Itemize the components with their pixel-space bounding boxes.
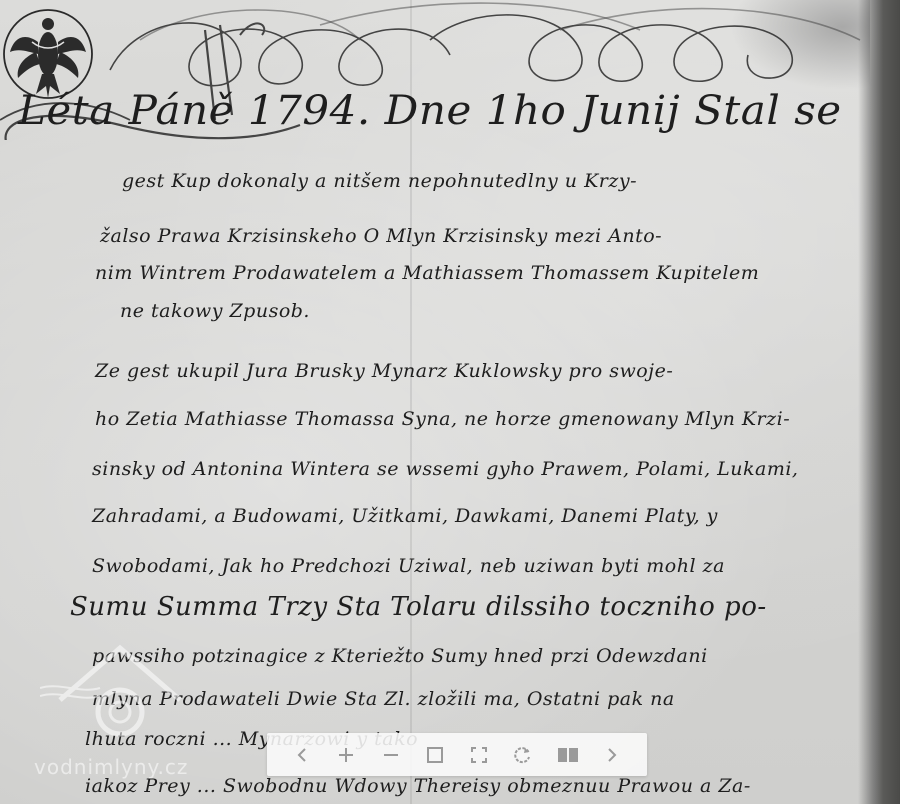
viewer-toolbar — [267, 733, 647, 776]
fullscreen-button[interactable] — [466, 742, 492, 768]
document-line: nim Wintrem Prodawatelem a Mathiassem Th… — [95, 262, 759, 284]
document-heading: Léta Páně 1794. Dne 1ho Junij Stal se — [18, 88, 842, 134]
next-button[interactable] — [599, 742, 625, 768]
plus-icon — [337, 746, 355, 764]
book-view-button[interactable] — [555, 742, 581, 768]
document-line: Ze gest ukupil Jura Brusky Mynarz Kuklow… — [95, 360, 673, 382]
book-icon — [557, 746, 579, 764]
image-viewer[interactable]: Léta Páně 1794. Dne 1ho Junij Stal se ge… — [0, 0, 900, 804]
watermill-logo-icon — [40, 640, 200, 750]
watermark-text: vodnimlyny.cz — [34, 755, 188, 779]
document-line: sinsky od Antonina Wintera se wssemi gyh… — [92, 458, 798, 480]
zoom-out-button[interactable] — [378, 742, 404, 768]
square-icon — [426, 746, 444, 764]
document-line: gest Kup dokonaly a nitšem nepohnutedlny… — [122, 170, 637, 192]
document-line: žalso Prawa Krzisinskeho O Mlyn Krzisins… — [100, 225, 662, 247]
document-line: Sumu Summa Trzy Sta Tolaru dilssiho tocz… — [70, 592, 767, 622]
previous-button[interactable] — [289, 742, 315, 768]
rotate-icon — [514, 746, 532, 764]
rotate-button[interactable] — [510, 742, 536, 768]
document-line: Zahradami, a Budowami, Užitkami, Dawkami… — [92, 505, 718, 527]
scanned-document-image: Léta Páně 1794. Dne 1ho Junij Stal se ge… — [0, 0, 900, 804]
document-line: ho Zetia Mathiasse Thomassa Syna, ne hor… — [95, 408, 790, 430]
actual-size-button[interactable] — [422, 742, 448, 768]
document-line: Swobodami, Jak ho Predchozi Uziwal, neb … — [92, 555, 725, 577]
chevron-left-icon — [295, 747, 309, 763]
zoom-in-button[interactable] — [333, 742, 359, 768]
minus-icon — [382, 746, 400, 764]
document-line: ne takowy Zpusob. — [120, 300, 310, 322]
chevron-right-icon — [605, 747, 619, 763]
fullscreen-icon — [470, 746, 488, 764]
